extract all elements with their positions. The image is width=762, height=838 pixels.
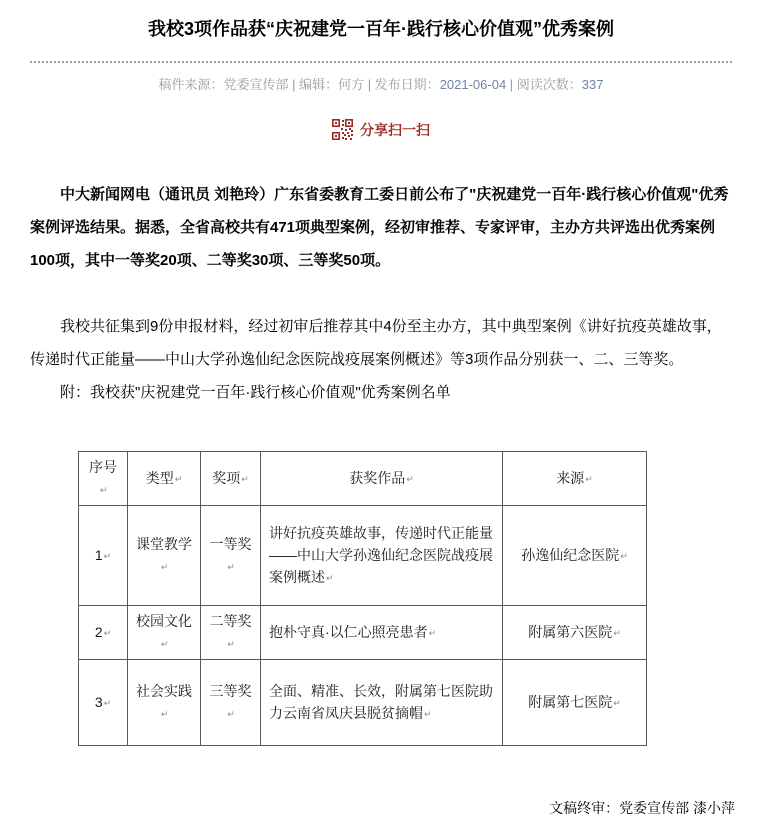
article-meta: 稿件来源：党委宣传部 | 编辑：何方 | 发布日期：2021-06-04 | 阅… (0, 76, 762, 94)
table-cell: 2↵ (79, 606, 128, 660)
paragraph-mark-icon: ↵ (175, 474, 183, 484)
article-page: 我校3项作品获“庆祝建党一百年·践行核心价值观”优秀案例 稿件来源：党委宣传部 … (0, 16, 762, 818)
paragraph-mark-icon: ↵ (100, 485, 108, 495)
cell-text: 抱朴守真·以仁心照亮患者 (269, 624, 428, 640)
cell-text: 1 (95, 547, 103, 563)
cell-text: 课堂教学 (136, 536, 192, 552)
paragraph-mark-icon: ↵ (429, 628, 437, 638)
cell-text: 3 (95, 694, 103, 710)
cell-text: 附属第七医院 (528, 694, 612, 710)
paragraph-lead: 中大新闻网电（通讯员 刘艳玲）广东省委教育工委日前公布了"庆祝建党一百年·践行核… (30, 178, 732, 277)
paragraph-mark-icon: ↵ (227, 709, 235, 719)
paragraph-mark-icon: ↵ (104, 551, 112, 561)
paragraph-mark-icon: ↵ (326, 573, 334, 583)
table-row: 1↵课堂教学↵一等奖↵讲好抗疫英雄故事，传递时代正能量——中山大学孙逸仙纪念医院… (79, 506, 647, 606)
cell-text: 校园文化 (136, 613, 192, 629)
table-header-cell: 类型↵ (128, 452, 201, 506)
paragraph-mark-icon: ↵ (104, 698, 112, 708)
paragraph-mark-icon: ↵ (613, 698, 621, 708)
meta-labels: 稿件来源：党委宣传部 | 编辑：何方 | 发布日期： (158, 77, 439, 92)
cell-text: 孙逸仙纪念医院 (521, 547, 619, 563)
cell-text: 奖项 (212, 470, 240, 486)
awards-table-head: 序号↵类型↵奖项↵获奖作品↵来源↵ (79, 452, 647, 506)
table-cell: 校园文化↵ (128, 606, 201, 660)
page-title: 我校3项作品获“庆祝建党一百年·践行核心价值观”优秀案例 (30, 16, 732, 42)
table-header-cell: 来源↵ (503, 452, 647, 506)
table-cell: 1↵ (79, 506, 128, 606)
table-cell: 社会实践↵ (128, 660, 201, 746)
view-count: 337 (582, 77, 604, 92)
dotted-divider (30, 61, 732, 63)
article-body: 中大新闻网电（通讯员 刘艳玲）广东省委教育工委日前公布了"庆祝建党一百年·践行核… (0, 178, 762, 409)
publish-date: 2021-06-04 (440, 77, 507, 92)
table-cell: 附属第六医院↵ (503, 606, 647, 660)
paragraph-attachment: 附：我校获"庆祝建党一百年·践行核心价值观"优秀案例名单 (30, 376, 732, 409)
paragraph-mark-icon: ↵ (161, 709, 169, 719)
cell-text: 一等奖 (210, 536, 252, 552)
table-cell: 一等奖↵ (201, 506, 261, 606)
table-cell: 附属第七医院↵ (503, 660, 647, 746)
table-row: 2↵校园文化↵二等奖↵抱朴守真·以仁心照亮患者↵附属第六医院↵ (79, 606, 647, 660)
cell-text: 社会实践 (136, 683, 192, 699)
cell-text: 2 (95, 624, 103, 640)
table-header-cell: 序号↵ (79, 452, 128, 506)
cell-text: 三等奖 (210, 683, 252, 699)
paragraph-mark-icon: ↵ (620, 551, 628, 561)
paragraph-mark-icon: ↵ (241, 474, 249, 484)
table-header-cell: 获奖作品↵ (261, 452, 503, 506)
cell-text: 获奖作品 (349, 470, 405, 486)
table-cell: 抱朴守真·以仁心照亮患者↵ (261, 606, 503, 660)
share-scan-label[interactable]: 分享扫一扫 (360, 120, 430, 140)
paragraph-mark-icon: ↵ (613, 628, 621, 638)
paragraph-body: 我校共征集到9份申报材料，经过初审后推荐其中4份至主办方，其中典型案例《讲好抗疫… (30, 310, 732, 376)
meta-views-label: | 阅读次数： (506, 77, 582, 92)
table-header-row: 序号↵类型↵奖项↵获奖作品↵来源↵ (79, 452, 647, 506)
cell-text: 来源 (556, 470, 584, 486)
paragraph-mark-icon: ↵ (424, 709, 432, 719)
paragraph-mark-icon: ↵ (585, 474, 593, 484)
paragraph-mark-icon: ↵ (406, 474, 414, 484)
table-cell: 讲好抗疫英雄故事，传递时代正能量——中山大学孙逸仙纪念医院战疫展案例概述↵ (261, 506, 503, 606)
table-header-cell: 奖项↵ (201, 452, 261, 506)
cell-text: 全面、精准、长效，附属第七医院助力云南省凤庆县脱贫摘帽 (269, 683, 493, 721)
final-review-line: 文稿终审：党委宣传部 漆小萍 (0, 798, 735, 818)
table-cell: 孙逸仙纪念医院↵ (503, 506, 647, 606)
table-cell: 全面、精准、长效，附属第七医院助力云南省凤庆县脱贫摘帽↵ (261, 660, 503, 746)
table-row: 3↵社会实践↵三等奖↵全面、精准、长效，附属第七医院助力云南省凤庆县脱贫摘帽↵附… (79, 660, 647, 746)
cell-text: 序号 (89, 459, 117, 475)
cell-text: 附属第六医院 (528, 624, 612, 640)
table-cell: 三等奖↵ (201, 660, 261, 746)
table-cell: 3↵ (79, 660, 128, 746)
table-cell: 二等奖↵ (201, 606, 261, 660)
cell-text: 二等奖 (210, 613, 252, 629)
paragraph-mark-icon: ↵ (227, 639, 235, 649)
paragraph-mark-icon: ↵ (161, 639, 169, 649)
paragraph-mark-icon: ↵ (161, 562, 169, 572)
awards-table: 序号↵类型↵奖项↵获奖作品↵来源↵ 1↵课堂教学↵一等奖↵讲好抗疫英雄故事，传递… (78, 451, 647, 746)
awards-table-body: 1↵课堂教学↵一等奖↵讲好抗疫英雄故事，传递时代正能量——中山大学孙逸仙纪念医院… (79, 506, 647, 746)
paragraph-mark-icon: ↵ (104, 628, 112, 638)
qr-code-icon[interactable] (332, 119, 353, 140)
cell-text: 讲好抗疫英雄故事，传递时代正能量——中山大学孙逸仙纪念医院战疫展案例概述 (269, 525, 493, 585)
share-row: 分享扫一扫 (0, 119, 762, 140)
cell-text: 类型 (146, 470, 174, 486)
paragraph-mark-icon: ↵ (227, 562, 235, 572)
table-cell: 课堂教学↵ (128, 506, 201, 606)
